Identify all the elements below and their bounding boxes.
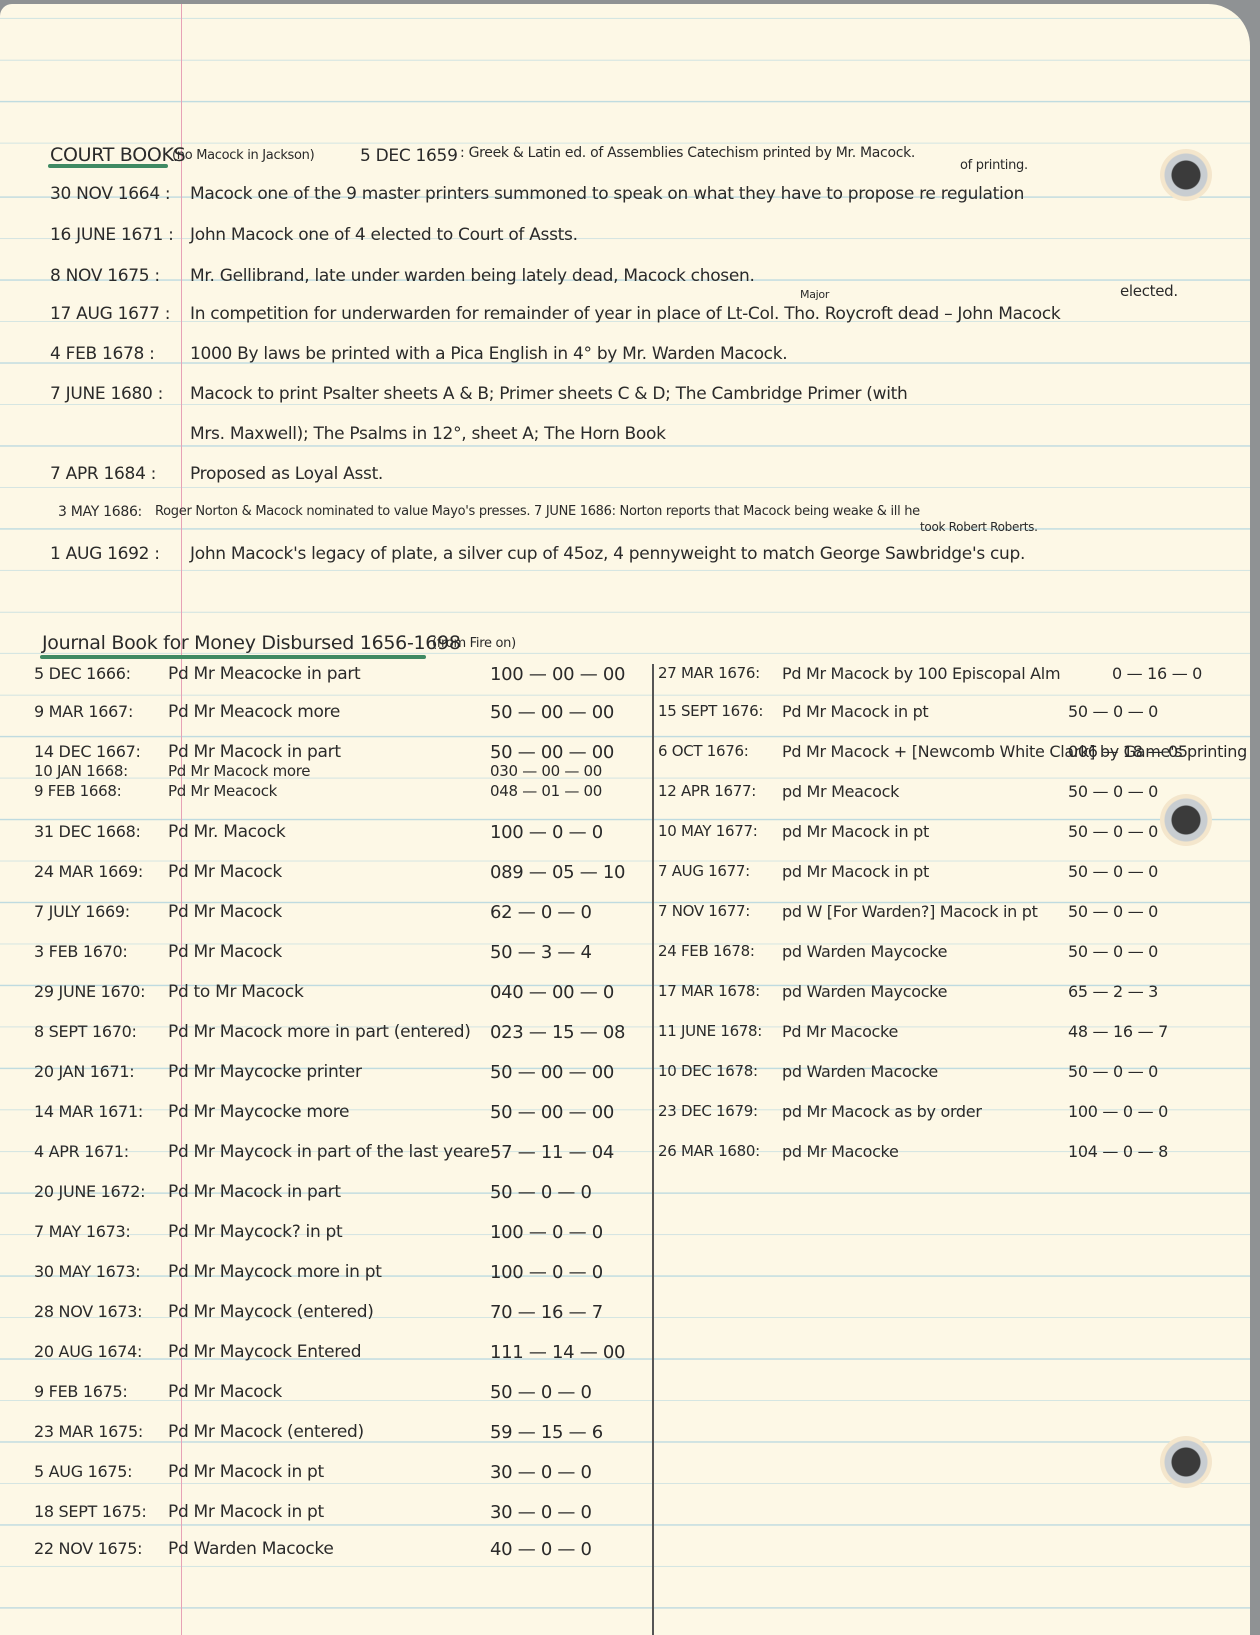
- journal-entry-text: pd Warden Maycocke: [782, 982, 947, 1001]
- journal-entry-amount: 50 — 00 — 00: [490, 742, 614, 763]
- journal-entry-text: pd Warden Maycocke: [782, 942, 947, 961]
- journal-entry-amount: 104 — 0 — 8: [1068, 1142, 1168, 1161]
- journal-entry-date: 15 SEPT 1676:: [658, 702, 763, 720]
- court-entry-text: Proposed as Loyal Asst.: [190, 464, 383, 484]
- journal-entry-date: 8 SEPT 1670:: [34, 1022, 137, 1041]
- journal-entry-date: 6 OCT 1676:: [658, 742, 748, 760]
- journal-entry-amount: 040 — 00 — 0: [490, 982, 614, 1003]
- punch-hole-icon: [1160, 794, 1212, 846]
- journal-entry-date: 10 MAY 1677:: [658, 822, 757, 840]
- journal-entry-date: 27 MAR 1676:: [658, 664, 760, 682]
- journal-entry-text: Pd Mr Macock in pt: [168, 1462, 324, 1482]
- intro-date: 5 DEC 1659: [360, 146, 458, 166]
- journal-entry-date: 17 MAR 1678:: [658, 982, 760, 1000]
- journal-entry-date: 7 NOV 1677:: [658, 902, 750, 920]
- journal-entry-text: pd Mr Macock in pt: [782, 862, 929, 881]
- journal-entry-amount: 50 — 3 — 4: [490, 942, 592, 963]
- court-entry-superscript: Major: [800, 288, 829, 301]
- court-entry-text: Mrs. Maxwell); The Psalms in 12°, sheet …: [190, 424, 666, 444]
- journal-entry-date: 18 SEPT 1675:: [34, 1502, 146, 1521]
- journal-entry-text: Pd Mr Macock (entered): [168, 1422, 364, 1442]
- journal-entry-amount: 50 — 00 — 00: [490, 1062, 614, 1083]
- court-entry-date: 30 NOV 1664 :: [50, 184, 170, 204]
- journal-entry-amount: 100 — 0 — 0: [490, 822, 603, 843]
- court-entry-date: 8 NOV 1675 :: [50, 266, 160, 286]
- journal-entry-amount: 50 — 00 — 00: [490, 1102, 614, 1123]
- journal-entry-amount: 089 — 05 — 10: [490, 862, 625, 883]
- journal-entry-text: Pd Mr Maycocke printer: [168, 1062, 362, 1082]
- journal-entry-text: pd Warden Macocke: [782, 1062, 938, 1081]
- journal-entry-text: Pd Mr Macock in pt: [782, 702, 928, 721]
- journal-entry-amount: 30 — 0 — 0: [490, 1462, 592, 1483]
- journal-entry-date: 4 APR 1671:: [34, 1142, 129, 1161]
- court-entry-text: Roger Norton & Macock nominated to value…: [155, 504, 920, 519]
- journal-entry-amount: 100 — 0 — 0: [490, 1262, 603, 1283]
- journal-entry-amount: 40 — 0 — 0: [490, 1539, 592, 1560]
- above-note: of printing.: [960, 158, 1028, 173]
- journal-entry-text: pd Mr Macock as by order: [782, 1102, 982, 1121]
- journal-entry-text: Pd Mr Maycock in part of the last yeare: [168, 1142, 490, 1162]
- journal-entry-text: pd Mr Meacock: [782, 782, 899, 801]
- journal-entry-amount: 50 — 0 — 0: [1068, 782, 1158, 801]
- court-entry-text: John Macock one of 4 elected to Court of…: [190, 225, 578, 245]
- journal-entry-date: 31 DEC 1668:: [34, 822, 141, 841]
- journal-entry-text: pd Mr Macocke: [782, 1142, 899, 1161]
- journal-entry-date: 20 JAN 1671:: [34, 1062, 134, 1081]
- journal-entry-amount: 50 — 0 — 0: [1068, 942, 1158, 961]
- journal-entry-text: Pd Mr Macock more: [168, 762, 310, 780]
- journal-entry-text: Pd Mr Macock in part: [168, 742, 341, 762]
- journal-entry-text: Pd Mr Macock more in part (entered): [168, 1022, 471, 1042]
- journal-entry-text: Pd to Mr Macock: [168, 982, 304, 1002]
- journal-entry-date: 10 JAN 1668:: [34, 762, 128, 780]
- journal-entry-text: Pd Mr Maycocke more: [168, 1102, 349, 1122]
- journal-entry-text: Pd Mr Macock in pt: [168, 1502, 324, 1522]
- journal-entry-amount: 70 — 16 — 7: [490, 1302, 603, 1323]
- journal-entry-amount: 0 — 16 — 0: [1112, 664, 1202, 683]
- journal-entry-amount: 50 — 00 — 00: [490, 702, 614, 723]
- journal-entry-date: 9 MAR 1667:: [34, 702, 133, 721]
- journal-entry-amount: 50 — 0 — 0: [1068, 702, 1158, 721]
- journal-entry-text: Pd Mr Maycock (entered): [168, 1302, 374, 1322]
- journal-entry-amount: 023 — 15 — 08: [490, 1022, 625, 1043]
- journal-entry-text: Pd Mr Macock in part: [168, 1182, 341, 1202]
- journal-entry-date: 23 MAR 1675:: [34, 1422, 143, 1441]
- journal-entry-amount: 50 — 0 — 0: [1068, 1062, 1158, 1081]
- journal-entry-date: 5 AUG 1675:: [34, 1462, 132, 1481]
- journal-entry-amount: 48 — 16 — 7: [1068, 1022, 1168, 1041]
- journal-entry-amount: 50 — 0 — 0: [490, 1182, 592, 1203]
- journal-entry-date: 29 JUNE 1670:: [34, 982, 145, 1001]
- court-entry-below-note: took Robert Roberts.: [920, 520, 1038, 534]
- journal-entry-date: 20 JUNE 1672:: [34, 1182, 145, 1201]
- journal-entry-amount: 50 — 0 — 0: [1068, 862, 1158, 881]
- journal-entry-date: 12 APR 1677:: [658, 782, 756, 800]
- journal-entry-text: Pd Mr Meacock: [168, 782, 277, 800]
- journal-entry-text: Pd Mr Meacocke in part: [168, 664, 360, 684]
- journal-entry-text: Pd Mr Macock: [168, 902, 282, 922]
- journal-entry-text: Pd Mr. Macock: [168, 822, 285, 842]
- journal-entry-date: 9 FEB 1675:: [34, 1382, 127, 1401]
- court-entry-side-note: elected.: [1120, 282, 1178, 300]
- journal-entry-date: 14 DEC 1667:: [34, 742, 141, 761]
- journal-entry-text: Pd Mr Macock by 100 Episcopal Alm: [782, 664, 1060, 683]
- punch-hole-icon: [1160, 1436, 1212, 1488]
- court-entry-text: Macock to print Psalter sheets A & B; Pr…: [190, 384, 907, 404]
- journal-entry-text: pd W [For Warden?] Macock in pt: [782, 902, 1038, 921]
- intro-text: : Greek & Latin ed. of Assemblies Catech…: [460, 145, 915, 161]
- court-entry-text: Mr. Gellibrand, late under warden being …: [190, 266, 755, 286]
- punch-hole-icon: [1160, 149, 1212, 201]
- journal-entry-date: 14 MAR 1671:: [34, 1102, 143, 1121]
- court-books-note: (no Macock in Jackson): [172, 148, 314, 163]
- journal-entry-text: Pd Mr Macocke: [782, 1022, 898, 1041]
- journal-entry-amount: 030 — 00 — 00: [490, 762, 602, 780]
- journal-entry-date: 30 MAY 1673:: [34, 1262, 140, 1281]
- notebook-page: COURT BOOKS (no Macock in Jackson) 5 DEC…: [0, 4, 1250, 1635]
- journal-entry-date: 10 DEC 1678:: [658, 1062, 758, 1080]
- journal-entry-date: 26 MAR 1680:: [658, 1142, 760, 1160]
- journal-entry-date: 7 MAY 1673:: [34, 1222, 130, 1241]
- journal-entry-date: 23 DEC 1679:: [658, 1102, 758, 1120]
- journal-entry-text: Pd Mr Macock: [168, 942, 282, 962]
- court-books-heading: COURT BOOKS: [50, 144, 185, 166]
- journal-entry-amount: 111 — 14 — 00: [490, 1342, 625, 1363]
- journal-entry-amount: 62 — 0 — 0: [490, 902, 592, 923]
- column-divider: [652, 664, 654, 1635]
- heading-highlight: [40, 655, 426, 659]
- journal-heading-note: (from Fire on): [432, 636, 516, 651]
- journal-entry-text: Pd Mr Maycock? in pt: [168, 1222, 342, 1242]
- journal-entry-amount: 048 — 01 — 00: [490, 782, 602, 800]
- journal-entry-text: Pd Mr Maycock Entered: [168, 1342, 361, 1362]
- court-entry-date: 3 MAY 1686:: [58, 504, 142, 520]
- journal-entry-date: 7 JULY 1669:: [34, 902, 130, 921]
- journal-entry-amount: 50 — 0 — 0: [1068, 902, 1158, 921]
- journal-entry-amount: 65 — 2 — 3: [1068, 982, 1158, 1001]
- journal-entry-date: 20 AUG 1674:: [34, 1342, 142, 1361]
- journal-entry-date: 28 NOV 1673:: [34, 1302, 142, 1321]
- journal-entry-date: 22 NOV 1675:: [34, 1539, 142, 1558]
- court-entry-text: Macock one of the 9 master printers summ…: [190, 184, 1024, 204]
- journal-entry-amount: 50 — 0 — 0: [490, 1382, 592, 1403]
- journal-entry-text: Pd Mr Maycock more in pt: [168, 1262, 382, 1282]
- journal-entry-amount: 100 — 0 — 0: [1068, 1102, 1168, 1121]
- court-entry-text: John Macock's legacy of plate, a silver …: [190, 544, 1025, 564]
- journal-entry-amount: 006 — 18 — 05: [1068, 742, 1188, 761]
- journal-entry-amount: 100 — 00 — 00: [490, 664, 625, 685]
- journal-entry-date: 7 AUG 1677:: [658, 862, 750, 880]
- journal-entry-date: 24 MAR 1669:: [34, 862, 143, 881]
- journal-entry-date: 9 FEB 1668:: [34, 782, 121, 800]
- journal-entry-text: Pd Mr Macock: [168, 862, 282, 882]
- journal-entry-text: pd Mr Macock in pt: [782, 822, 929, 841]
- journal-entry-amount: 50 — 0 — 0: [1068, 822, 1158, 841]
- journal-entry-date: 3 FEB 1670:: [34, 942, 127, 961]
- journal-entry-amount: 30 — 0 — 0: [490, 1502, 592, 1523]
- court-entry-date: 1 AUG 1692 :: [50, 544, 160, 564]
- journal-entry-date: 11 JUNE 1678:: [658, 1022, 762, 1040]
- court-entry-date: 7 JUNE 1680 :: [50, 384, 163, 404]
- court-entry-date: 4 FEB 1678 :: [50, 344, 155, 364]
- court-entry-text: 1000 By laws be printed with a Pica Engl…: [190, 344, 787, 364]
- journal-entry-date: 24 FEB 1678:: [658, 942, 755, 960]
- journal-entry-text: Pd Warden Macocke: [168, 1539, 333, 1559]
- court-entry-text: In competition for underwarden for remai…: [190, 304, 1060, 324]
- court-entry-date: 16 JUNE 1671 :: [50, 225, 174, 245]
- court-entry-date: 7 APR 1684 :: [50, 464, 156, 484]
- journal-entry-amount: 100 — 0 — 0: [490, 1222, 603, 1243]
- journal-entry-amount: 57 — 11 — 04: [490, 1142, 614, 1163]
- journal-entry-date: 5 DEC 1666:: [34, 664, 131, 683]
- journal-entry-text: Pd Mr Meacock more: [168, 702, 340, 722]
- journal-heading: Journal Book for Money Disbursed 1656-16…: [42, 632, 461, 654]
- journal-entry-text: Pd Mr Macock: [168, 1382, 282, 1402]
- journal-entry-amount: 59 — 15 — 6: [490, 1422, 603, 1443]
- court-entry-date: 17 AUG 1677 :: [50, 304, 170, 324]
